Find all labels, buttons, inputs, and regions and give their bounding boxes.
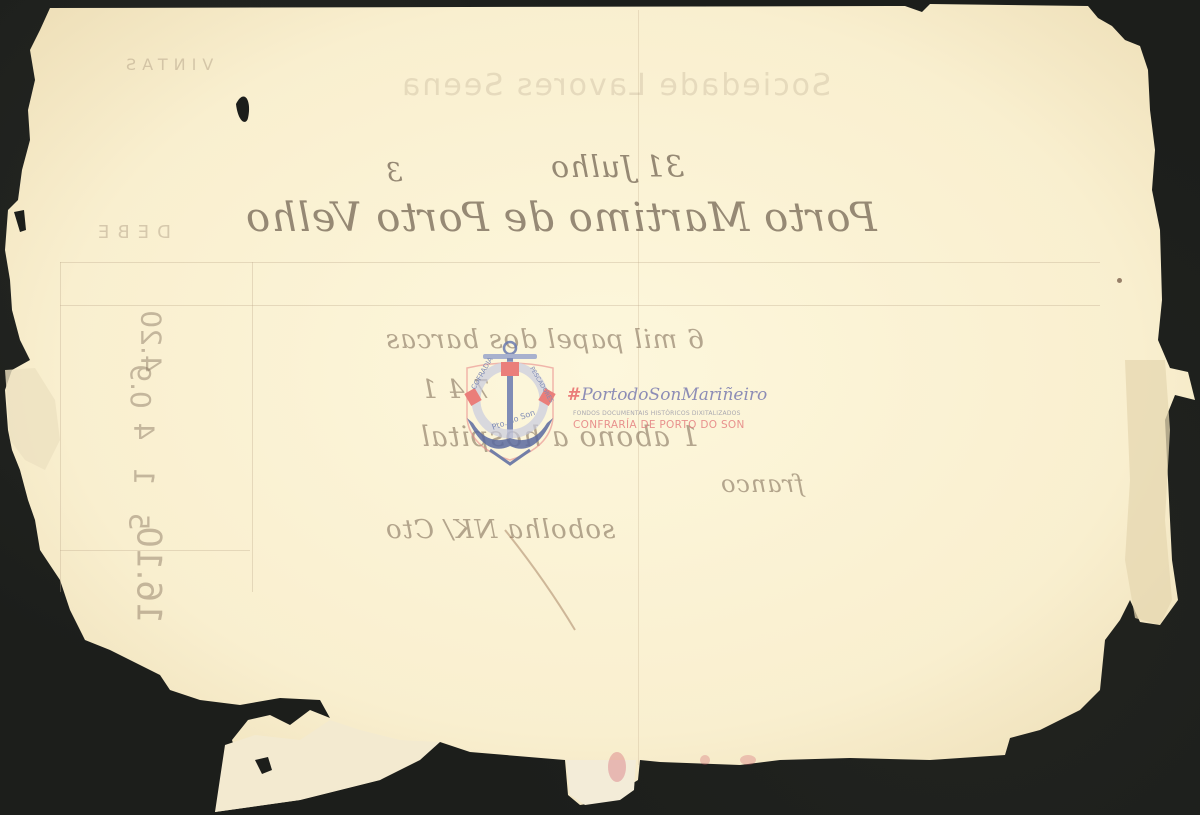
watermark-organization: CONFRARÍA DE PORTO DO SON bbox=[573, 419, 745, 431]
watermark: COFRADIA PESCADORES Pto. do Son #Portodo… bbox=[455, 338, 755, 468]
hashtag-icon: # bbox=[567, 385, 581, 405]
amount-value: 0.9 bbox=[124, 364, 157, 409]
watermark-hashtag: #PortodoSonMariñeiro bbox=[567, 385, 767, 405]
amount-value: 4 bbox=[127, 423, 160, 441]
watermark-subtitle: FONDOS DOCUMENTAIS HISTÓRICOS DIXITALIZA… bbox=[573, 410, 741, 417]
amount-total: 16.10 bbox=[129, 526, 169, 623]
amount-value: 1 bbox=[127, 468, 160, 486]
cofradia-anchor-logo-icon: COFRADIA PESCADORES Pto. do Son bbox=[455, 338, 565, 468]
hashtag-text: PortodoSonMariñeiro bbox=[581, 385, 767, 405]
